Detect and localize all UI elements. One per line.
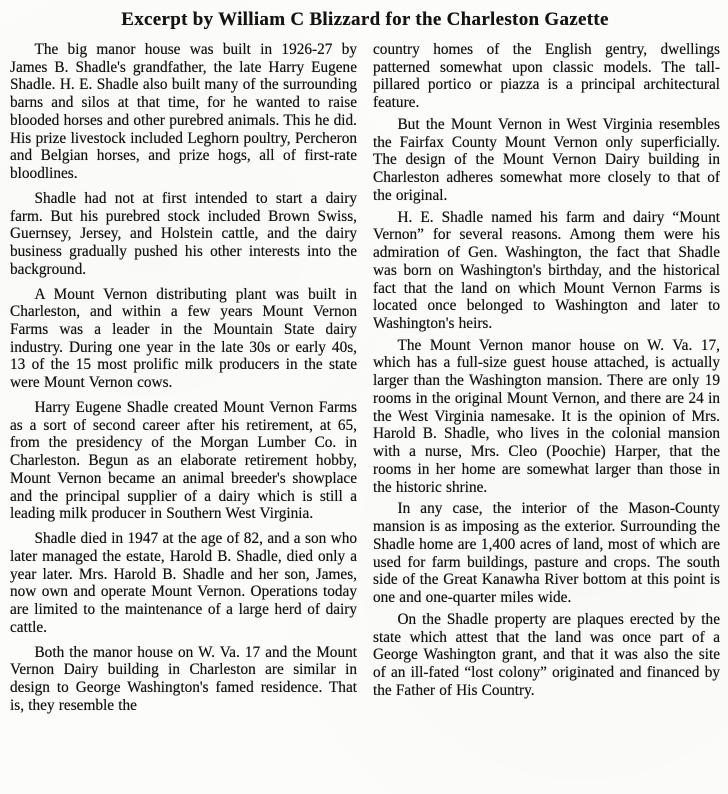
article-paragraph: On the Shadle property are plaques erect… (373, 611, 720, 700)
article-left-column: The big manor house was built in 1926-27… (10, 41, 357, 714)
article-paragraph: Harry Eugene Shadle created Mount Vernon… (10, 399, 357, 523)
article-paragraph: Shadle died in 1947 at the age of 82, an… (10, 530, 357, 636)
article-paragraph: The big manor house was built in 1926-27… (10, 41, 357, 183)
article-paragraph: In any case, the interior of the Mason-C… (373, 500, 720, 606)
article-paragraph-continuation: country homes of the English gentry, dwe… (373, 41, 720, 112)
article-body: The big manor house was built in 1926-27… (10, 41, 720, 714)
article-headline: Excerpt by William C Blizzard for the Ch… (10, 9, 720, 31)
newspaper-clipping: Excerpt by William C Blizzard for the Ch… (0, 0, 728, 794)
article-paragraph: H. E. Shadle named his farm and dairy “M… (373, 209, 720, 333)
article-paragraph: But the Mount Vernon in West Virginia re… (373, 116, 720, 205)
article-paragraph: Shadle had not at first intended to star… (10, 190, 357, 279)
article-paragraph: Both the manor house on W. Va. 17 and th… (10, 644, 357, 715)
article-paragraph: A Mount Vernon distributing plant was bu… (10, 286, 357, 392)
article-right-column: country homes of the English gentry, dwe… (373, 41, 720, 699)
article-paragraph: The Mount Vernon manor house on W. Va. 1… (373, 337, 720, 497)
